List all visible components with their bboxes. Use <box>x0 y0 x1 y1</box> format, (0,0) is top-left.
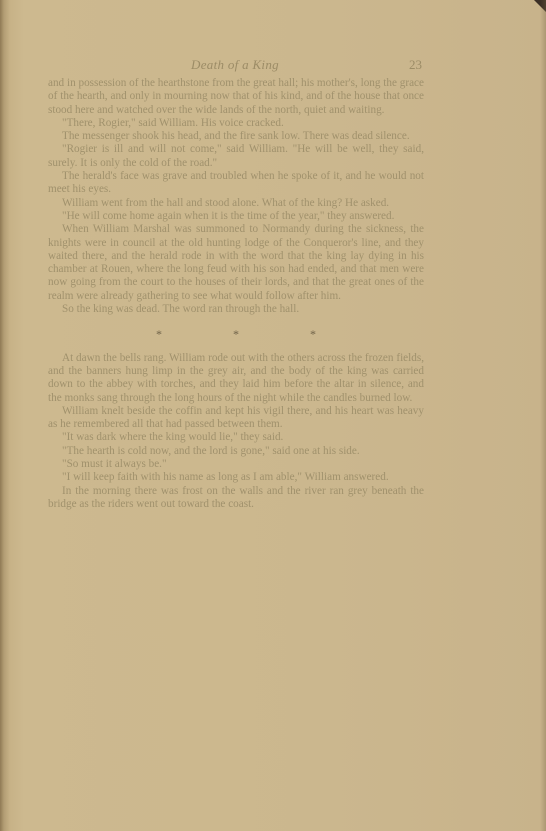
paragraph: At dawn the bells rang. William rode out… <box>48 352 424 405</box>
paragraph: William went from the hall and stood alo… <box>48 197 424 210</box>
paragraph: "There, Rogier," said William. His voice… <box>48 117 424 130</box>
paragraph: "He will come home again when it is the … <box>48 210 424 223</box>
paragraph: When William Marshal was summoned to Nor… <box>48 223 424 303</box>
paragraph: In the morning there was frost on the wa… <box>48 485 424 512</box>
paragraph: William knelt beside the coffin and kept… <box>48 405 424 432</box>
page-header: Death of a King 23 <box>48 57 422 77</box>
page-number: 23 <box>409 57 422 73</box>
paragraph: "It was dark where the king would lie," … <box>48 431 424 444</box>
paragraph: So the king was dead. The word ran throu… <box>48 303 424 316</box>
page-corner-mark <box>534 0 546 12</box>
paragraph: "Rogier is ill and will not come," said … <box>48 143 424 170</box>
running-title: Death of a King <box>48 57 422 73</box>
section-break: * * * <box>82 328 424 341</box>
paragraph: "The hearth is cold now, and the lord is… <box>48 445 424 458</box>
book-page: Death of a King 23 and in possession of … <box>0 0 546 831</box>
paragraph: The herald's face was grave and troubled… <box>48 170 424 197</box>
paragraph: "I will keep faith with his name as long… <box>48 471 424 484</box>
paragraph: and in possession of the hearthstone fro… <box>48 77 424 117</box>
paragraph: "So must it always be." <box>48 458 424 471</box>
body-text: and in possession of the hearthstone fro… <box>48 77 424 511</box>
paragraph: The messenger shook his head, and the fi… <box>48 130 424 143</box>
